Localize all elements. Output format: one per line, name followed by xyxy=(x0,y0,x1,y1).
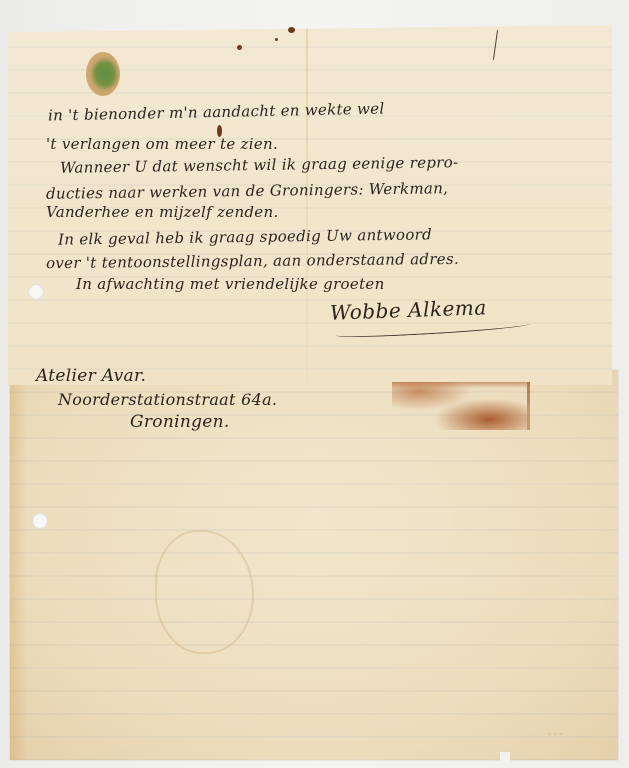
ink-speck xyxy=(237,45,242,50)
ink-speck xyxy=(288,27,295,33)
address-line-3: Groningen. xyxy=(130,412,230,432)
green-ink-stain xyxy=(86,52,120,96)
address-line-1: Atelier Avar. xyxy=(36,366,146,386)
paper-notch xyxy=(500,752,510,762)
address-line-2: Noorderstationstraat 64a. xyxy=(58,390,277,409)
letter-line-5: Vanderhee en mijzelf zenden. xyxy=(46,203,279,221)
water-ring-stain xyxy=(155,530,254,654)
letter-line-2: 't verlangen om meer te zien. xyxy=(46,135,278,153)
rust-stain xyxy=(392,382,530,430)
punch-hole-lower xyxy=(32,513,48,529)
ink-speck xyxy=(275,38,278,41)
fold-crease xyxy=(306,25,308,385)
letter-line-8: In afwachting met vriendelijke groeten xyxy=(76,275,385,293)
punch-hole-upper xyxy=(28,284,44,300)
archive-pencil-mark: · · · xyxy=(548,730,562,740)
